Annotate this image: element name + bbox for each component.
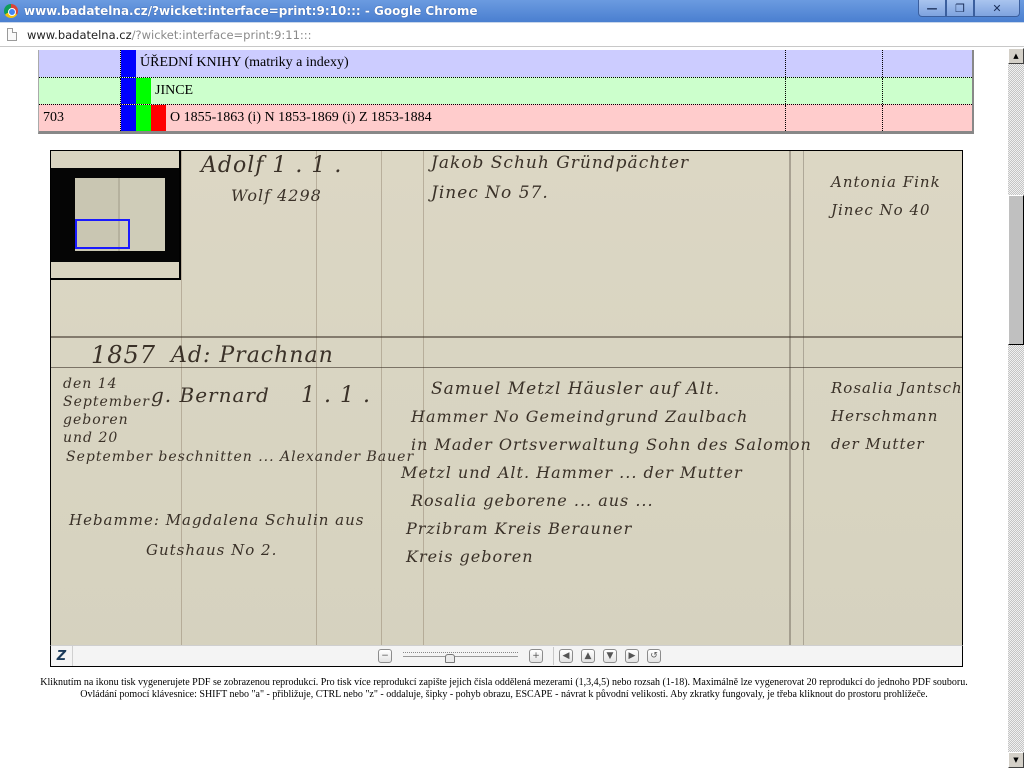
row-label: JINCE [151,78,193,104]
scan-text: 1857 [91,341,156,369]
level-bar-red [151,105,166,131]
page-icon [7,28,17,41]
address-bar[interactable]: www.badatelna.cz/?wicket:interface=print… [0,22,1024,47]
zoom-slider-thumb[interactable] [445,654,455,663]
hierarchy-row-fond[interactable]: ÚŘEDNÍ KNIHY (matriky a indexy) [39,50,972,77]
scan-text: in Mader Ortsverwaltung Sohn des Salomon [411,435,812,454]
scan-text: Jinec No 40 [831,201,931,219]
hierarchy-row-parish[interactable]: JINCE [39,77,972,104]
scan-text: Jinec No 57. [431,183,549,203]
pan-up-button[interactable]: ▲ [581,649,595,663]
window-titlebar: www.badatelna.cz/?wicket:interface=print… [0,0,1024,22]
scan-text: Rosalia Jantsch [831,379,963,397]
scrollbar-thumb[interactable] [1008,195,1024,345]
url-path: /?wicket:interface=print:9:11::: [132,28,312,42]
scroll-down-arrow-icon[interactable]: ▼ [1008,752,1024,768]
row-extra-cell [785,105,882,131]
scan-text: Ad: Prachnan [171,343,334,368]
row-main-cell: O 1855-1863 (i) N 1853-1869 (i) Z 1853-1… [120,105,785,131]
row-extra-cell [882,105,972,131]
row-code [39,78,120,104]
hierarchy-row-register[interactable]: 703 O 1855-1863 (i) N 1853-1869 (i) Z 18… [39,104,972,131]
zoom-in-button[interactable]: + [529,649,543,663]
row-label: O 1855-1863 (i) N 1853-1869 (i) Z 1853-1… [166,105,432,131]
pan-down-button[interactable]: ▼ [603,649,617,663]
scan-text: Hammer No Gemeindgrund Zaulbach [411,407,748,426]
row-label: ÚŘEDNÍ KNIHY (matriky a indexy) [136,50,349,77]
level-bar-blue [121,78,136,104]
page-content: ÚŘEDNÍ KNIHY (matriky a indexy) JINCE 70… [0,48,1008,768]
help-text: Kliknutím na ikonu tisk vygenerujete PDF… [0,677,1008,701]
scan-text: Herschmann [831,407,938,425]
scan-text: Rosalia geborene ... aus ... [411,491,654,510]
scan-text: Gutshaus No 2. [146,541,277,559]
viewer-toolbar: Z − + ◀ ▲ ▼ ▶ ↺ [50,645,963,667]
reset-view-button[interactable]: ↺ [647,649,661,663]
row-extra-cell [785,78,882,104]
restore-button[interactable]: ❐ [946,0,974,17]
level-bar-blue [121,105,136,131]
scan-image-viewer[interactable]: Adolf 1 . 1 . Wolf 4298 Jakob Schuh Grün… [50,150,963,666]
close-button[interactable]: ✕ [974,0,1020,17]
row-extra-cell [882,78,972,104]
scan-text: Antonia Fink [831,173,941,191]
scan-text: Wolf 4298 [231,186,322,205]
toolbar-separator [553,647,554,665]
scan-text: 1 . 1 . [301,383,371,408]
navigator-viewport-rect[interactable] [75,219,130,249]
scan-text: Przibram Kreis Berauner [406,519,632,538]
row-main-cell: JINCE [120,78,785,104]
row-code: 703 [39,105,120,131]
ruled-line [51,336,963,338]
pan-left-button[interactable]: ◀ [559,649,573,663]
help-line-print: Kliknutím na ikonu tisk vygenerujete PDF… [0,677,1008,689]
viewer-navigator[interactable] [51,151,181,280]
row-code [39,50,120,77]
level-bar-green [136,105,151,131]
zoom-out-button[interactable]: − [378,649,392,663]
window-title: www.badatelna.cz/?wicket:interface=print… [24,4,478,18]
scan-text: Metzl und Alt. Hammer ... der Mutter [401,463,743,482]
scan-text: Adolf 1 . 1 . [201,153,342,178]
row-main-cell: ÚŘEDNÍ KNIHY (matriky a indexy) [120,50,785,77]
scan-text: Jakob Schuh Gründpächter [431,153,689,173]
level-bar-green [136,78,151,104]
url-text[interactable]: www.badatelna.cz/?wicket:interface=print… [27,28,312,42]
zoom-slider[interactable] [403,652,518,657]
zoomify-logo-icon[interactable]: Z [51,646,73,666]
scan-text: September beschnitten ... Alexander Baue… [66,449,414,465]
scan-text: Kreis geboren [406,547,534,566]
row-extra-cell [882,50,972,77]
help-line-keyboard: Ovládání pomocí klávesnice: SHIFT nebo "… [0,689,1008,701]
scan-text: g. Bernard [151,383,270,407]
window-controls: — ❐ ✕ [918,0,1020,20]
minimize-button[interactable]: — [918,0,946,17]
pan-right-button[interactable]: ▶ [625,649,639,663]
scan-text: Samuel Metzl Häusler auf Alt. [431,379,720,399]
scroll-up-arrow-icon[interactable]: ▲ [1008,48,1024,64]
level-bar-blue [121,50,136,77]
page-scrollbar[interactable]: ▲ ▼ [1008,48,1024,768]
url-host: www.badatelna.cz [27,28,132,42]
archive-hierarchy-table: ÚŘEDNÍ KNIHY (matriky a indexy) JINCE 70… [38,50,974,134]
row-extra-cell [785,50,882,77]
scan-text: Hebamme: Magdalena Schulin aus [69,511,364,529]
scan-text: den 14 September geboren und 20 [63,375,123,447]
chrome-logo-icon [4,4,18,18]
scan-text: der Mutter [831,435,925,453]
